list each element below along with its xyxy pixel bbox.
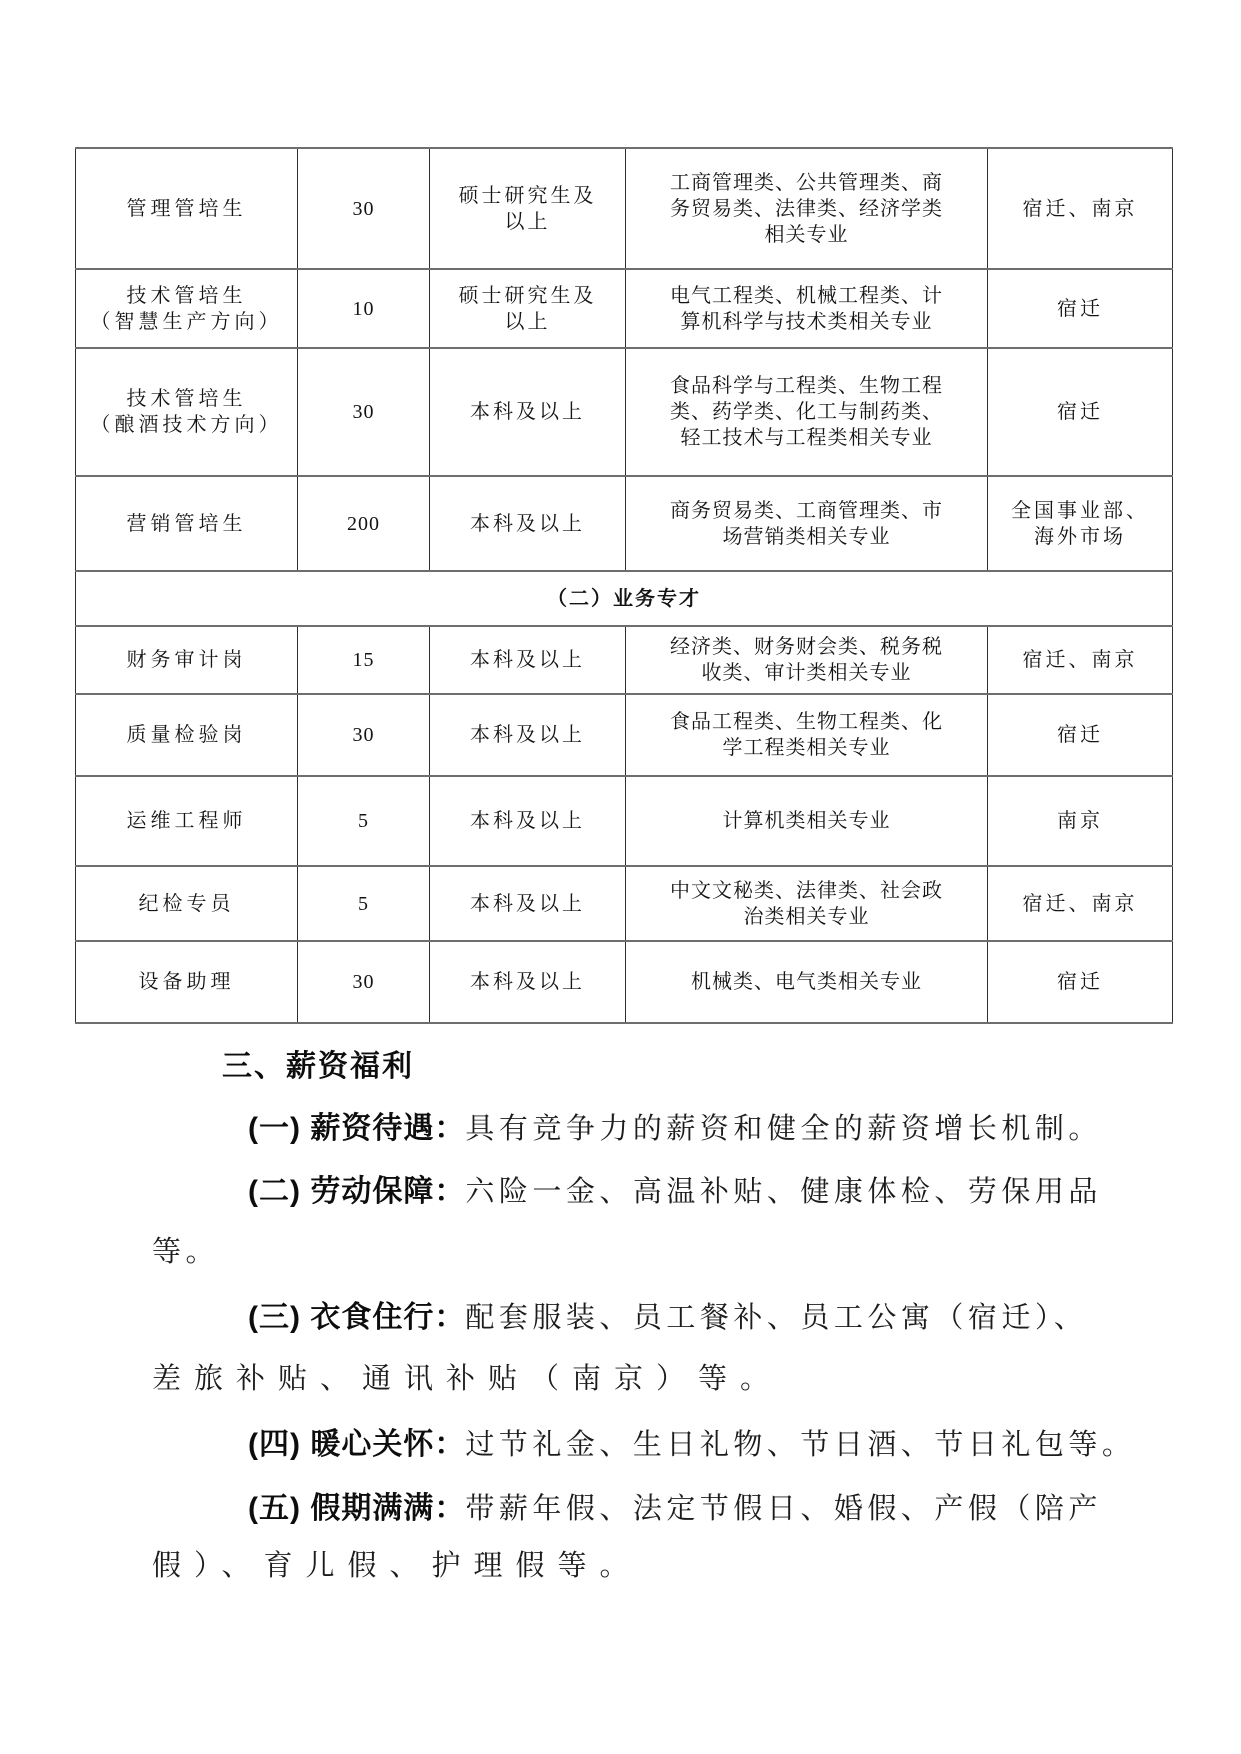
cell-location: 宿迁、南京 <box>988 866 1173 941</box>
cell-headcount: 10 <box>298 269 430 348</box>
benefit-line-holiday: (五) 假期满满：带薪年假、法定节假日、婚假、产假（陪产 <box>248 1483 1102 1527</box>
cell-education: 本科及以上 <box>430 348 626 476</box>
table-row: 财务审计岗 15 本科及以上 经济类、财务财会类、税务税 收类、审计类相关专业 … <box>76 626 1173 694</box>
benefit-line-living: (三) 衣食住行：配套服装、员工餐补、员工公寓（宿迁）、 <box>248 1292 1087 1336</box>
table-row: 技术管培生 （智慧生产方向） 10 硕士研究生及 以上 电气工程类、机械工程类、… <box>76 269 1173 348</box>
cell-majors: 机械类、电气类相关专业 <box>626 941 988 1023</box>
cell-headcount: 15 <box>298 626 430 694</box>
cell-position: 财务审计岗 <box>76 626 298 694</box>
cell-majors: 食品科学与工程类、生物工程 类、药学类、化工与制药类、 轻工技术与工程类相关专业 <box>626 348 988 476</box>
cell-position: 技术管培生 （酿酒技术方向） <box>76 348 298 476</box>
cell-majors: 经济类、财务财会类、税务税 收类、审计类相关专业 <box>626 626 988 694</box>
section-title: （二）业务专才 <box>76 571 1173 626</box>
benefit-line-living-cont: 差旅补贴、通讯补贴（南京）等。 <box>152 1356 782 1397</box>
cell-majors: 中文文秘类、法律类、社会政 治类相关专业 <box>626 866 988 941</box>
cell-headcount: 30 <box>298 941 430 1023</box>
benefit-label: (二) 劳动保障： <box>248 1175 465 1208</box>
benefit-label: (四) 暖心关怀： <box>248 1428 465 1461</box>
benefit-text: 假）、育儿假、护理假等。 <box>152 1550 642 1582</box>
benefit-line-labor: (二) 劳动保障：六险一金、高温补贴、健康体检、劳保用品 <box>248 1166 1102 1210</box>
cell-majors: 工商管理类、公共管理类、商 务贸易类、法律类、经济学类 相关专业 <box>626 148 988 269</box>
benefit-text: 六险一金、高温补贴、健康体检、劳保用品 <box>465 1176 1102 1208</box>
cell-education: 本科及以上 <box>430 626 626 694</box>
cell-location: 宿迁 <box>988 941 1173 1023</box>
benefit-line-labor-cont: 等。 <box>152 1229 219 1270</box>
cell-education: 本科及以上 <box>430 776 626 866</box>
cell-position: 营销管培生 <box>76 476 298 571</box>
cell-location: 宿迁、南京 <box>988 626 1173 694</box>
benefit-text: 具有竞争力的薪资和健全的薪资增长机制。 <box>465 1113 1102 1145</box>
cell-education: 本科及以上 <box>430 866 626 941</box>
cell-majors: 商务贸易类、工商管理类、市 场营销类相关专业 <box>626 476 988 571</box>
benefit-line-holiday-cont: 假）、育儿假、护理假等。 <box>152 1543 642 1584</box>
benefit-label: (一) 薪资待遇： <box>248 1112 465 1145</box>
cell-headcount: 200 <box>298 476 430 571</box>
benefit-text: 配套服装、员工餐补、员工公寓（宿迁）、 <box>465 1302 1087 1334</box>
cell-education: 硕士研究生及 以上 <box>430 148 626 269</box>
section-heading-salary-benefits: 三、薪资福利 <box>222 1041 414 1085</box>
cell-position: 技术管培生 （智慧生产方向） <box>76 269 298 348</box>
cell-majors: 食品工程类、生物工程类、化 学工程类相关专业 <box>626 694 988 776</box>
cell-position: 管理管培生 <box>76 148 298 269</box>
cell-majors: 计算机类相关专业 <box>626 776 988 866</box>
cell-headcount: 5 <box>298 866 430 941</box>
benefit-label: (五) 假期满满： <box>248 1492 465 1525</box>
cell-position: 设备助理 <box>76 941 298 1023</box>
table-row: 营销管培生 200 本科及以上 商务贸易类、工商管理类、市 场营销类相关专业 全… <box>76 476 1173 571</box>
cell-location: 宿迁 <box>988 694 1173 776</box>
cell-location: 全国事业部、 海外市场 <box>988 476 1173 571</box>
table-row: 质量检验岗 30 本科及以上 食品工程类、生物工程类、化 学工程类相关专业 宿迁 <box>76 694 1173 776</box>
table-row: 管理管培生 30 硕士研究生及 以上 工商管理类、公共管理类、商 务贸易类、法律… <box>76 148 1173 269</box>
cell-headcount: 30 <box>298 694 430 776</box>
benefit-label: (三) 衣食住行： <box>248 1301 465 1334</box>
section-header-row: （二）业务专才 <box>76 571 1173 626</box>
document-page: 管理管培生 30 硕士研究生及 以上 工商管理类、公共管理类、商 务贸易类、法律… <box>0 0 1241 1754</box>
table-row: 纪检专员 5 本科及以上 中文文秘类、法律类、社会政 治类相关专业 宿迁、南京 <box>76 866 1173 941</box>
benefit-text: 带薪年假、法定节假日、婚假、产假（陪产 <box>465 1493 1102 1525</box>
table-row: 设备助理 30 本科及以上 机械类、电气类相关专业 宿迁 <box>76 941 1173 1023</box>
cell-education: 本科及以上 <box>430 476 626 571</box>
cell-location: 南京 <box>988 776 1173 866</box>
cell-headcount: 30 <box>298 148 430 269</box>
table-row: 技术管培生 （酿酒技术方向） 30 本科及以上 食品科学与工程类、生物工程 类、… <box>76 348 1173 476</box>
table-row: 运维工程师 5 本科及以上 计算机类相关专业 南京 <box>76 776 1173 866</box>
cell-majors: 电气工程类、机械工程类、计 算机科学与技术类相关专业 <box>626 269 988 348</box>
cell-position: 运维工程师 <box>76 776 298 866</box>
cell-location: 宿迁 <box>988 269 1173 348</box>
benefit-line-care: (四) 暖心关怀：过节礼金、生日礼物、节日酒、节日礼包等。 <box>248 1419 1135 1463</box>
benefit-text: 过节礼金、生日礼物、节日酒、节日礼包等。 <box>465 1429 1135 1461</box>
cell-headcount: 5 <box>298 776 430 866</box>
cell-headcount: 30 <box>298 348 430 476</box>
benefit-line-salary: (一) 薪资待遇：具有竞争力的薪资和健全的薪资增长机制。 <box>248 1103 1102 1147</box>
cell-education: 本科及以上 <box>430 941 626 1023</box>
recruitment-table: 管理管培生 30 硕士研究生及 以上 工商管理类、公共管理类、商 务贸易类、法律… <box>75 147 1173 1024</box>
cell-location: 宿迁、南京 <box>988 148 1173 269</box>
cell-position: 质量检验岗 <box>76 694 298 776</box>
benefit-text: 等。 <box>152 1236 219 1268</box>
cell-education: 本科及以上 <box>430 694 626 776</box>
cell-education: 硕士研究生及 以上 <box>430 269 626 348</box>
cell-location: 宿迁 <box>988 348 1173 476</box>
benefit-text: 差旅补贴、通讯补贴（南京）等。 <box>152 1363 782 1395</box>
cell-position: 纪检专员 <box>76 866 298 941</box>
